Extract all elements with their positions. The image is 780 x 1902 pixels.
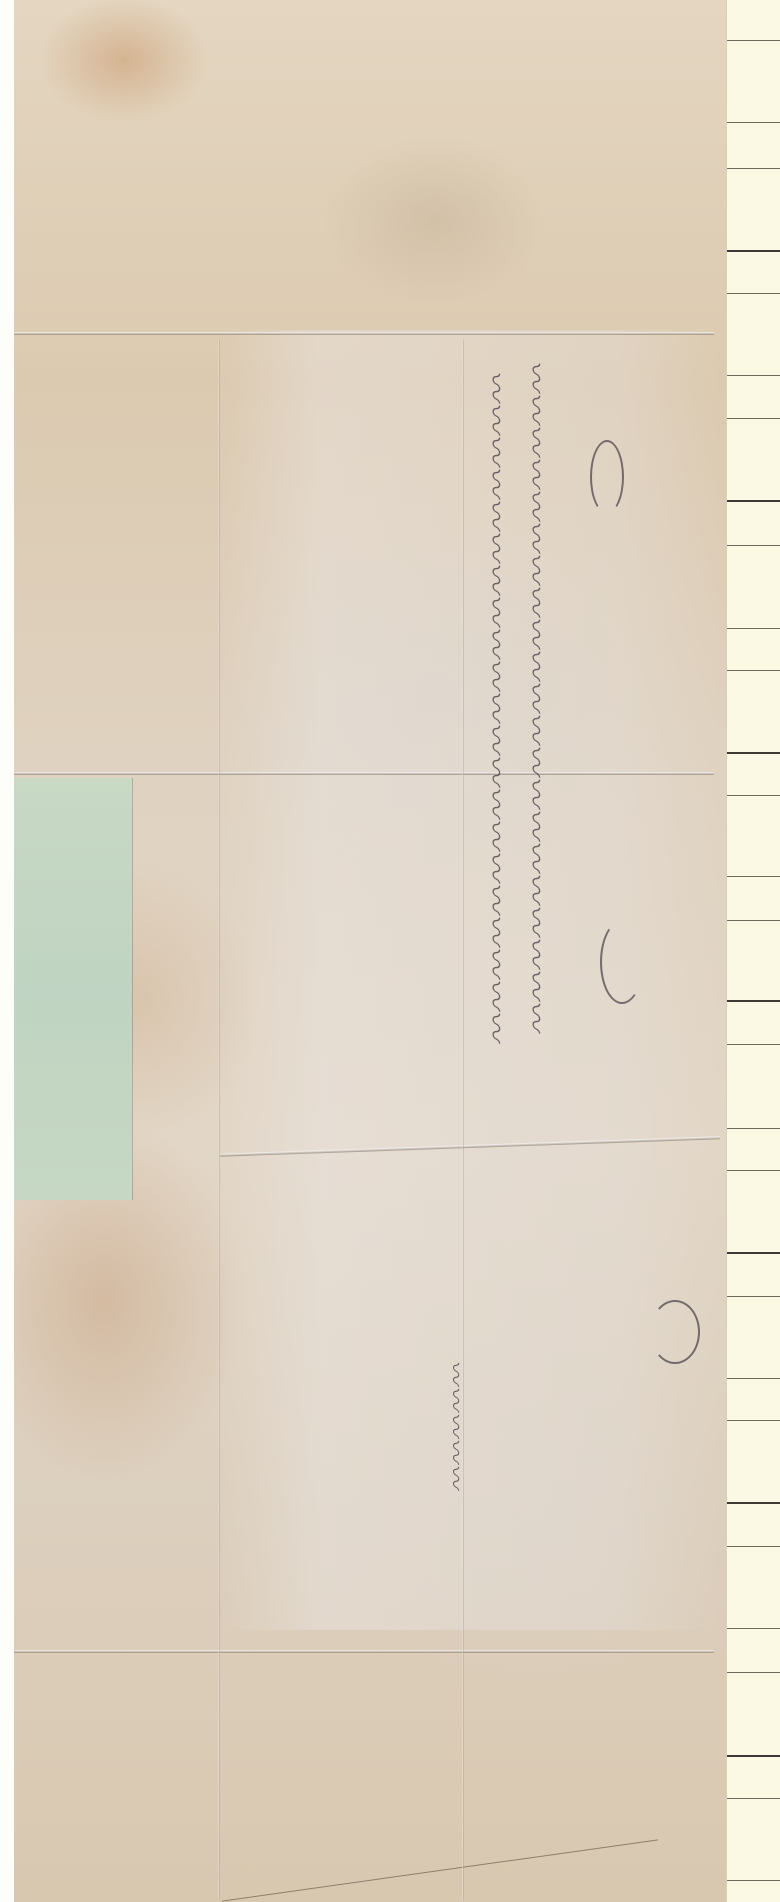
ruler-line [727, 1378, 780, 1379]
ruler-line [727, 876, 780, 877]
ruler-line [727, 545, 780, 546]
green-paper-tab [14, 778, 132, 1200]
ruler-line [727, 122, 780, 123]
ruler-line [727, 375, 780, 376]
ruler-line [727, 1798, 780, 1799]
ruler-line [727, 795, 780, 796]
fold-crease [14, 332, 714, 335]
ink-flourish [650, 1300, 700, 1364]
fold-crease [14, 772, 714, 775]
ink-flourish [590, 440, 624, 514]
ruler-line [727, 1044, 780, 1045]
ruler-line [727, 1502, 780, 1504]
manuscript-line: 〰〰〰〰〰〰〰〰〰〰〰〰〰〰〰〰〰〰〰〰〰 [516, 360, 560, 1032]
manuscript-line: 〰〰〰〰〰〰〰〰〰〰〰〰〰〰〰〰〰〰〰〰〰 [476, 370, 520, 1042]
vertical-fold [462, 340, 464, 1900]
ruler-line [727, 1252, 780, 1254]
scan-margin [0, 0, 14, 1902]
ruler-line [727, 1546, 780, 1547]
ruler-line [727, 628, 780, 629]
ruler-line [727, 1420, 780, 1421]
ink-flourish [600, 920, 644, 1004]
ruler-line [727, 752, 780, 754]
fold-crease [14, 1650, 714, 1653]
ruler-line [727, 1170, 780, 1171]
ruler-line [727, 1128, 780, 1129]
ruler-line [727, 1880, 780, 1881]
ruler-line [727, 920, 780, 921]
ruler-line [727, 670, 780, 671]
ruler-line [727, 250, 780, 252]
manuscript-line: 〰〰〰〰〰 [440, 1360, 475, 1490]
ruler-line [727, 1296, 780, 1297]
vertical-fold [218, 340, 220, 1900]
ruler-line [727, 293, 780, 294]
ledger-ruler-strip [726, 0, 780, 1902]
ruler-line [727, 40, 780, 41]
ruler-line [727, 168, 780, 169]
ruler-line [727, 1755, 780, 1757]
ruler-line [727, 1672, 780, 1673]
ruler-line [727, 1628, 780, 1629]
ruler-line [727, 1000, 780, 1002]
ruler-line [727, 500, 780, 502]
ruler-line [727, 418, 780, 419]
